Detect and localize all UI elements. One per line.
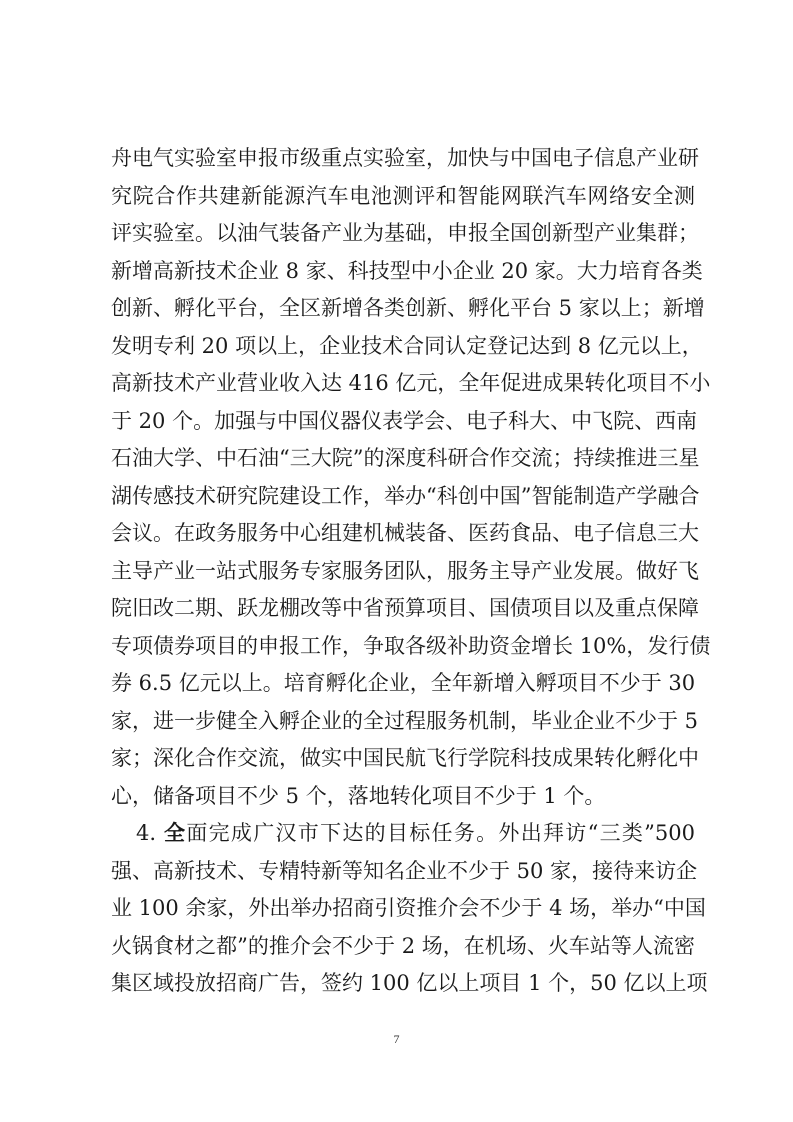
- text-line: 集区域投放招商广告，签约 100 亿以上项目 1 个，50 亿以上项: [111, 965, 695, 1003]
- text-line: 创新、孵化平台，全区新增各类创新、孵化平台 5 家以上；新增: [111, 290, 695, 328]
- text-line: 强、高新技术、专精特新等知名企业不少于 50 家，接待来访企: [111, 853, 695, 891]
- text-line: 院旧改二期、跃龙棚改等中省预算项目、国债项目以及重点保障: [111, 590, 695, 628]
- text-line: 高新技术产业营业收入达 416 亿元，全年促进成果转化项目不小: [111, 365, 695, 403]
- text-line: 火锅食材之都”的推介会不少于 2 场，在机场、火车站等人流密: [111, 928, 695, 966]
- section-text: 面完成广汉市下达的目标任务。外出拜访“三类”500: [186, 821, 695, 845]
- text-line: 家；深化合作交流，做实中国民航飞行学院科技成果转化孵化中: [111, 740, 695, 778]
- bold-char: 全: [164, 821, 186, 845]
- text-line: 舟电气实验室申报市级重点实验室，加快与中国电子信息产业研: [111, 140, 695, 178]
- text-line: 石油大学、中石油“三大院”的深度科研合作交流；持续推进三星: [111, 440, 695, 478]
- text-line: 主导产业一站式服务专家服务团队，服务主导产业发展。做好飞: [111, 553, 695, 591]
- page-number: 7: [0, 1032, 793, 1047]
- text-line: 新增高新技术企业 8 家、科技型中小企业 20 家。大力培育各类: [111, 253, 695, 291]
- document-page: 舟电气实验室申报市级重点实验室，加快与中国电子信息产业研 究院合作共建新能源汽车…: [0, 0, 793, 1122]
- body-text: 舟电气实验室申报市级重点实验室，加快与中国电子信息产业研 究院合作共建新能源汽车…: [111, 140, 695, 1003]
- text-line: 评实验室。以油气装备产业为基础，申报全国创新型产业集群；: [111, 215, 695, 253]
- text-line: 发明专利 20 项以上，企业技术合同认定登记达到 8 亿元以上，: [111, 328, 695, 366]
- text-line: 家，进一步健全入孵企业的全过程服务机制，毕业企业不少于 5: [111, 703, 695, 741]
- text-line: 专项债券项目的申报工作，争取各级补助资金增长 10%，发行债: [111, 628, 695, 666]
- text-line: 券 6.5 亿元以上。培育孵化企业，全年新增入孵项目不少于 30: [111, 665, 695, 703]
- text-line: 究院合作共建新能源汽车电池测评和智能网联汽车网络安全测: [111, 178, 695, 216]
- text-line: 会议。在政务服务中心组建机械装备、医药食品、电子信息三大: [111, 515, 695, 553]
- text-line: 湖传感技术研究院建设工作，举办“科创中国”智能制造产学融合: [111, 478, 695, 516]
- text-line: 心，储备项目不少 5 个，落地转化项目不少于 1 个。: [111, 778, 695, 816]
- text-line: 业 100 余家，外出举办招商引资推介会不少于 4 场，举办“中国: [111, 890, 695, 928]
- section-heading-line: 4. 全面完成广汉市下达的目标任务。外出拜访“三类”500: [111, 815, 695, 853]
- text-line: 于 20 个。加强与中国仪器仪表学会、电子科大、中飞院、西南: [111, 403, 695, 441]
- section-number: 4.: [136, 821, 164, 845]
